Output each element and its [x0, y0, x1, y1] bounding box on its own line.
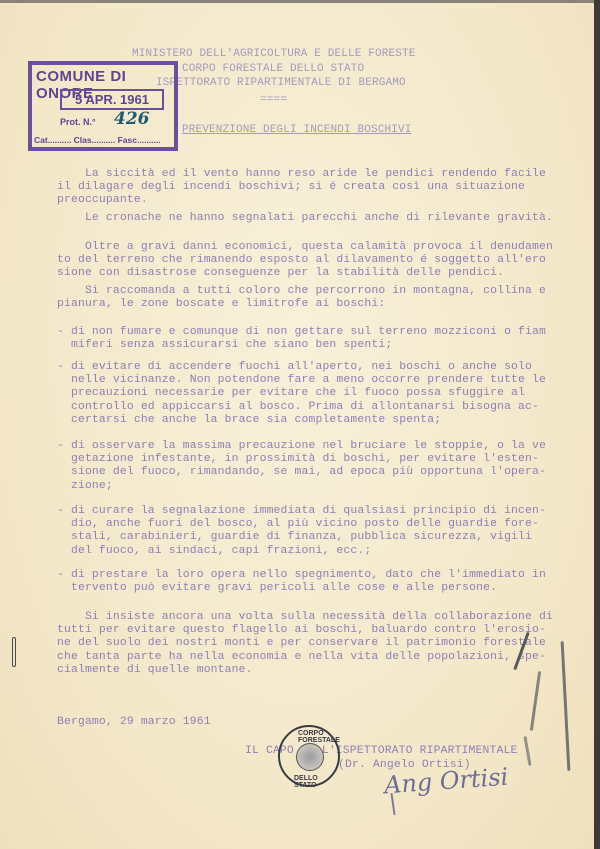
bullet-item-line: - di osservare la massima precauzione ne… [57, 440, 546, 453]
bullet-item-line: tervento può evitare gravi pericoli alle… [57, 582, 497, 595]
bullet-item-line: precauzioni necessarie per evitare che i… [57, 387, 525, 400]
staple-mark [12, 637, 16, 667]
header-ministry: MINISTERO DELL'AGRICOLTURA E DELLE FORES… [132, 48, 416, 61]
bullet-item-line: zione; [57, 480, 113, 493]
bullet-item-line: - di curare la segnalazione immediata di… [57, 505, 546, 518]
paragraph-line: sione con disastrose conseguenze per la … [57, 267, 504, 280]
header-separator: ==== [260, 94, 287, 107]
bullet-item-line: - di prestare la loro opera nello spegni… [57, 569, 546, 582]
closing-paragraph-line: cialmente di quelle montane. [57, 664, 253, 677]
bullet-item-line: - di non fumare e comunque di non gettar… [57, 326, 546, 339]
paragraph-line: Le cronache ne hanno segnalati parecchi … [57, 212, 553, 225]
closing-paragraph-line: che tanta parte ha nella economia e nell… [57, 651, 546, 664]
seal-emblem-icon [296, 743, 324, 771]
seal-text-bottom: DELLO STATO [294, 775, 338, 789]
bullet-item-line: miferi senza assicurarsi che siano ben s… [57, 339, 392, 352]
paragraph-line: Si raccomanda a tutti coloro che percorr… [57, 285, 546, 298]
page-edge [594, 0, 600, 849]
official-seal: CORPO FORESTALE DELLO STATO [278, 725, 340, 787]
document-page: MINISTERO DELL'AGRICOLTURA E DELLE FORES… [0, 0, 594, 849]
bullet-item-line: dio, anche fuori del bosco, al più vicin… [57, 518, 539, 531]
document-title: PREVENZIONE DEGLI INCENDI BOSCHIVI [182, 124, 412, 137]
paragraph-line: preoccupante. [57, 194, 148, 207]
header-inspectorate: ISPETTORATO RIPARTIMENTALE DI BERGAMO [156, 77, 406, 90]
paragraph-line: La siccità ed il vento hanno reso aride … [57, 168, 546, 181]
closing-paragraph-line: Si insiste ancora una volta sulla necess… [57, 611, 553, 624]
paragraph-line: to del terreno che rimanendo esposto al … [57, 254, 546, 267]
seal-text-top: CORPO FORESTALE [298, 730, 340, 744]
marginal-annotation [512, 631, 582, 781]
stamp-cat-line: Cat.......... Clas.......... Fasc.......… [34, 135, 161, 145]
bullet-item-line: nelle vicinanze. Non potendone fare a me… [57, 374, 546, 387]
stamp-prot-number: 426 [114, 109, 150, 129]
bullet-item-line: getazione infestante, in prossimità di b… [57, 453, 539, 466]
bullet-item-line: sione del fuoco, rimandando, se mai, ad … [57, 466, 546, 479]
stamp-date: 5 APR. 1961 [60, 89, 164, 110]
paragraph-line: il dilagare degli incendi boschivi; si é… [57, 181, 525, 194]
bullet-item-line: del fuoco, ai sindaci, capi frazioni, ec… [57, 545, 371, 558]
place-date: Bergamo, 29 marzo 1961 [57, 716, 211, 729]
header-corps: CORPO FORESTALE DELLO STATO [182, 63, 364, 76]
bullet-item-line: - di evitare di accendere fuochi all'ape… [57, 361, 532, 374]
bullet-item-line: controllo ed appiccarsi al bosco. Prima … [57, 401, 539, 414]
closing-paragraph-line: ne del suolo dei nostri monti e per cons… [57, 637, 546, 650]
paragraph-line: pianura, le zone boscate e limitrofe ai … [57, 298, 385, 311]
protocol-stamp: COMUNE DI ONORE 5 APR. 1961 Prot. N.° 42… [28, 61, 178, 151]
bullet-item-line: certarsi che anche la brace sia completa… [57, 414, 441, 427]
bullet-item-line: stali, carabinieri, guardie di finanza, … [57, 531, 532, 544]
closing-paragraph-line: tutti per evitare questo flagello ai bos… [57, 624, 546, 637]
stamp-prot-label: Prot. N.° [60, 117, 96, 127]
paragraph-line: Oltre a gravi danni economici, questa ca… [57, 241, 553, 254]
